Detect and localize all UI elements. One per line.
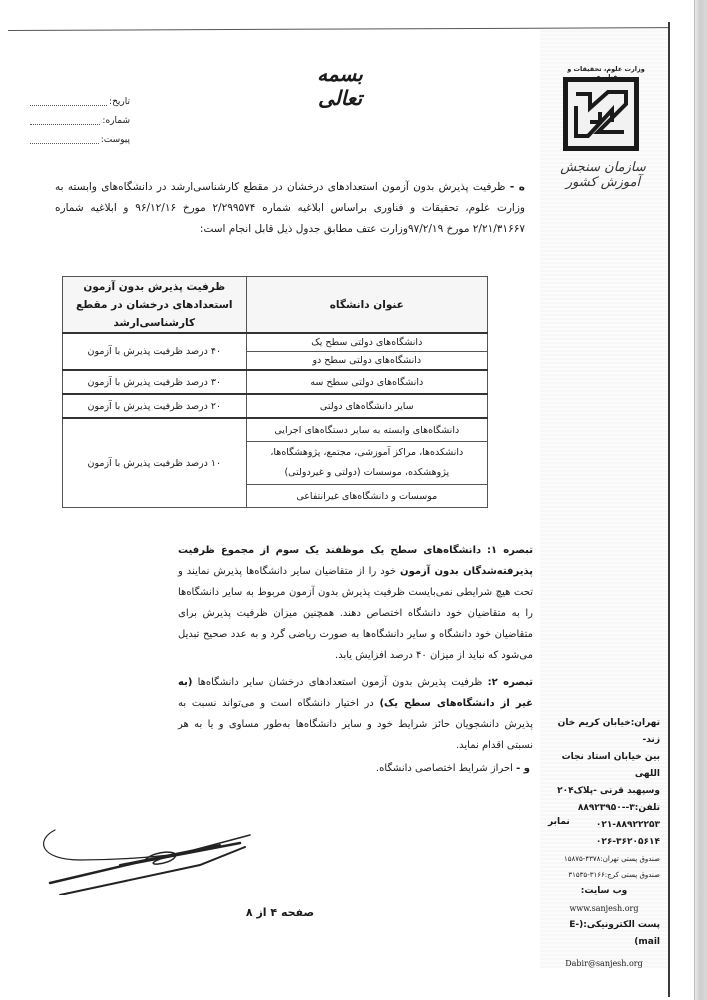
dotted-line — [30, 97, 107, 106]
pobox-tehran: صندوق پستی تهران:۴۳۷۸-۱۵۸۷۵ — [548, 851, 660, 867]
bismillah-heading: بسمه تعالی — [300, 62, 380, 110]
website-label: وب سایت: — [548, 883, 660, 900]
email-link[interactable]: Dabir@sanjesh.org — [548, 955, 660, 972]
sidebar-border-line — [668, 22, 670, 997]
address-line: بین خیابان استاد نجات اللهی — [548, 749, 660, 783]
header-university: عنوان دانشگاه — [246, 277, 487, 334]
item-v-paragraph: و - احراز شرایط اختصاصی دانشگاه. — [330, 763, 530, 774]
meta-number: شماره: — [30, 111, 130, 130]
fax-label: نمابر — [548, 817, 570, 827]
meta-date: تاریخ: — [30, 92, 130, 111]
page-edge-shadow — [694, 0, 707, 1000]
sanjesh-logo-icon — [563, 77, 639, 151]
item-text: ظرفیت پذیرش بدون آزمون استعدادهای درخشان… — [55, 181, 525, 235]
email-label: پست الکترونیکی:(E-mail) — [548, 917, 660, 951]
item-number: ه - — [510, 181, 525, 193]
pobox-karaj: صندوق پستی کرج:۳۱۶۶-۳۱۵۳۵ — [548, 867, 660, 883]
page-number: صفحه ۴ از ۸ — [230, 906, 330, 919]
document-page: وزارت علوم، تحقیقات و فناوری سازمان سنجش… — [0, 0, 707, 1000]
table-row: دانشگاه‌های دولتی سطح سه ۳۰ درصد ظرفیت پ… — [63, 370, 488, 394]
note-2: تبصره ۲: ظرفیت پذیرش بدون آزمون استعداده… — [178, 672, 533, 756]
contact-address: تهران:خیابان کریم خان زند- بین خیابان اس… — [548, 715, 660, 972]
address-line: تهران:خیابان کریم خان زند- — [548, 715, 660, 749]
letter-meta: تاریخ: شماره: پیوست: — [30, 92, 130, 149]
signature-icon — [20, 815, 280, 895]
dotted-line — [30, 135, 99, 144]
table-row: دانشگاه‌های دولتی سطح یک ۴۰ درصد ظرفیت پ… — [63, 333, 488, 352]
capacity-cell: ۳۰ درصد ظرفیت پذیرش با آزمون — [63, 370, 247, 394]
meta-attachment: پیوست: — [30, 130, 130, 149]
phone: تلفن:۳--۸۸۹۲۳۹۵۰ — [548, 800, 660, 817]
table-row: سایر دانشگاه‌های دولتی ۲۰ درصد ظرفیت پذی… — [63, 394, 488, 418]
item-v-number: و - — [516, 763, 530, 774]
fax-2: ۰۲۶-۳۶۲۰۵۶۱۴ — [548, 834, 660, 851]
university-cell: دانشگاه‌های وابسته به سایر دستگاه‌های اج… — [246, 418, 487, 442]
note-2-label: تبصره ۲: — [488, 677, 533, 688]
meta-attachment-label: پیوست: — [101, 135, 130, 145]
note-1-label: تبصره ۱: — [487, 545, 533, 556]
meta-date-label: تاریخ: — [109, 97, 130, 107]
university-cell: موسسات و دانشگاه‌های غیرانتفاعی — [246, 485, 487, 508]
item-v-text: احراز شرایط اختصاصی دانشگاه. — [376, 763, 513, 774]
note-1-text: خود را از متقاضیان سایر دانشگاه‌ها پذیرش… — [178, 566, 533, 661]
address-line: وسپهبد قرنی -پلاک۲۰۴ — [548, 783, 660, 800]
capacity-table: عنوان دانشگاه ظرفیت پذیرش بدون آزمون است… — [62, 276, 488, 508]
university-cell: دانشگاه‌های دولتی سطح دو — [246, 352, 487, 371]
capacity-cell: ۱۰ درصد ظرفیت پذیرش با آزمون — [63, 418, 247, 508]
meta-number-label: شماره: — [102, 116, 130, 126]
university-cell: دانشگاه‌های دولتی سطح سه — [246, 370, 487, 394]
item-5-paragraph: ه - ظرفیت پذیرش بدون آزمون استعدادهای در… — [55, 177, 525, 240]
capacity-cell: ۲۰ درصد ظرفیت پذیرش با آزمون — [63, 394, 247, 418]
table-header-row: عنوان دانشگاه ظرفیت پذیرش بدون آزمون است… — [63, 277, 488, 334]
capacity-cell: ۴۰ درصد ظرفیت پذیرش با آزمون — [63, 333, 247, 370]
university-cell: سایر دانشگاه‌های دولتی — [246, 394, 487, 418]
university-cell: دانشکده‌ها، مراکز آموزشی، مجتمع، پژوهشگا… — [246, 442, 487, 485]
note-2-text-before: ظرفیت پذیرش بدون آزمون استعدادهای درخشان… — [198, 677, 483, 688]
organization-name: سازمان سنجش آموزش کشور — [548, 160, 658, 190]
table-row: دانشگاه‌های وابسته به سایر دستگاه‌های اج… — [63, 418, 488, 442]
header-capacity: ظرفیت پذیرش بدون آزمون استعدادهای درخشان… — [63, 277, 247, 334]
dotted-line — [30, 116, 100, 125]
website-link[interactable]: www.sanjesh.org — [548, 900, 660, 917]
note-1: تبصره ۱: دانشگاه‌های سطح یک موظفند یک سو… — [178, 540, 533, 666]
university-cell: دانشگاه‌های دولتی سطح یک — [246, 333, 487, 352]
